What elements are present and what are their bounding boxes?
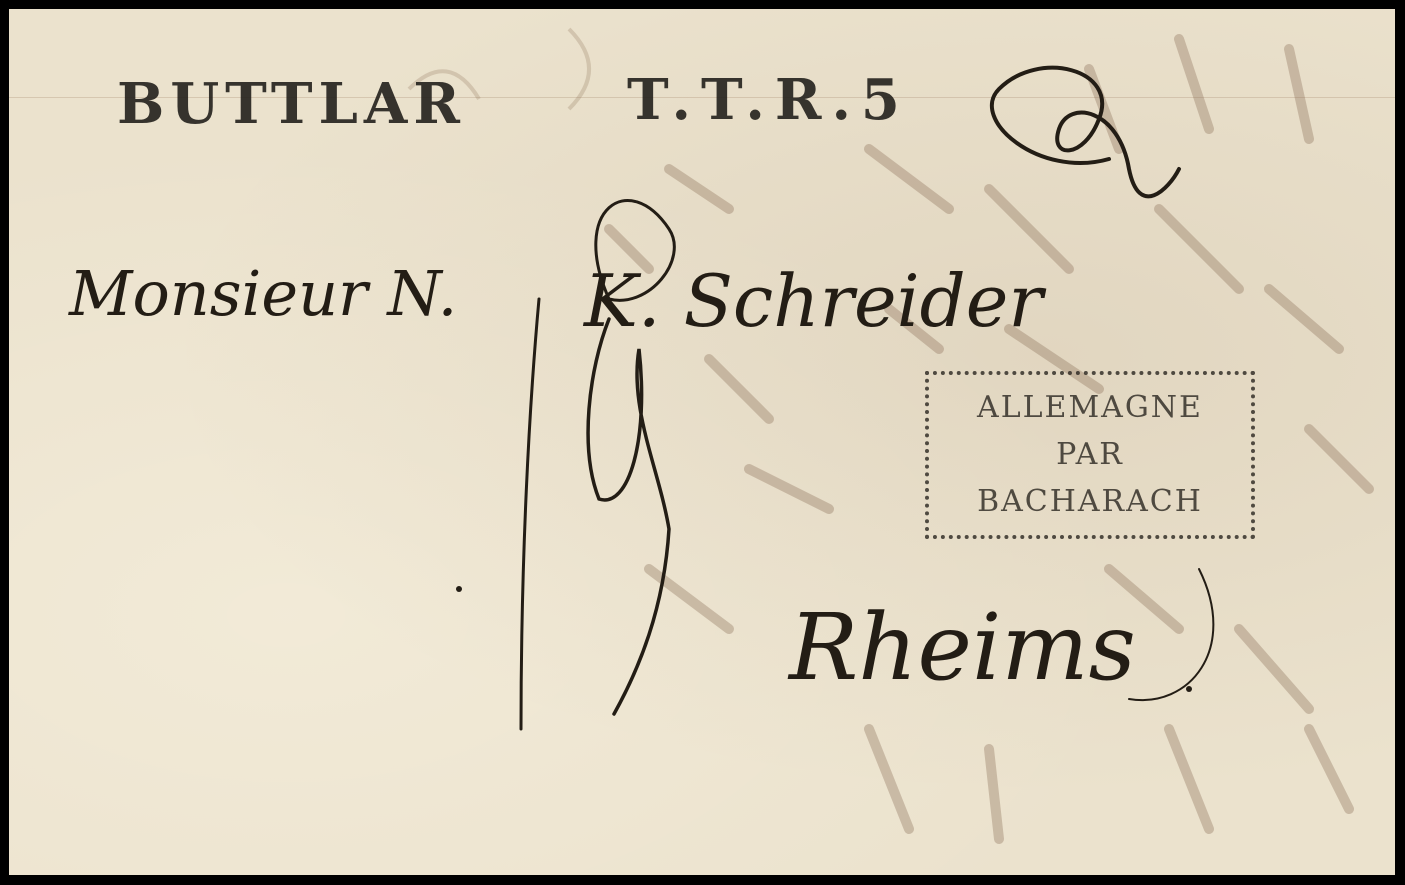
boxed-postmark-line-2: PAR [1056,440,1124,470]
address-city: Rheims [789,594,1136,701]
boxed-transit-postmark: ALLEMAGNE PAR BACHARACH [925,371,1255,539]
boxed-postmark-line-1: ALLEMAGNE [977,393,1203,423]
letter-cover: BUTTLAR T.T.R.5 ALLEMAGNE PAR BACHARACH … [9,9,1395,875]
origin-postmark: BUTTLAR [117,71,466,137]
boxed-postmark-line-3: BACHARACH [977,487,1203,517]
address-recipient: K. Schreider [584,259,1043,343]
address-salutation: Monsieur N. [69,257,457,330]
rate-postmark: T.T.R.5 [627,67,910,133]
